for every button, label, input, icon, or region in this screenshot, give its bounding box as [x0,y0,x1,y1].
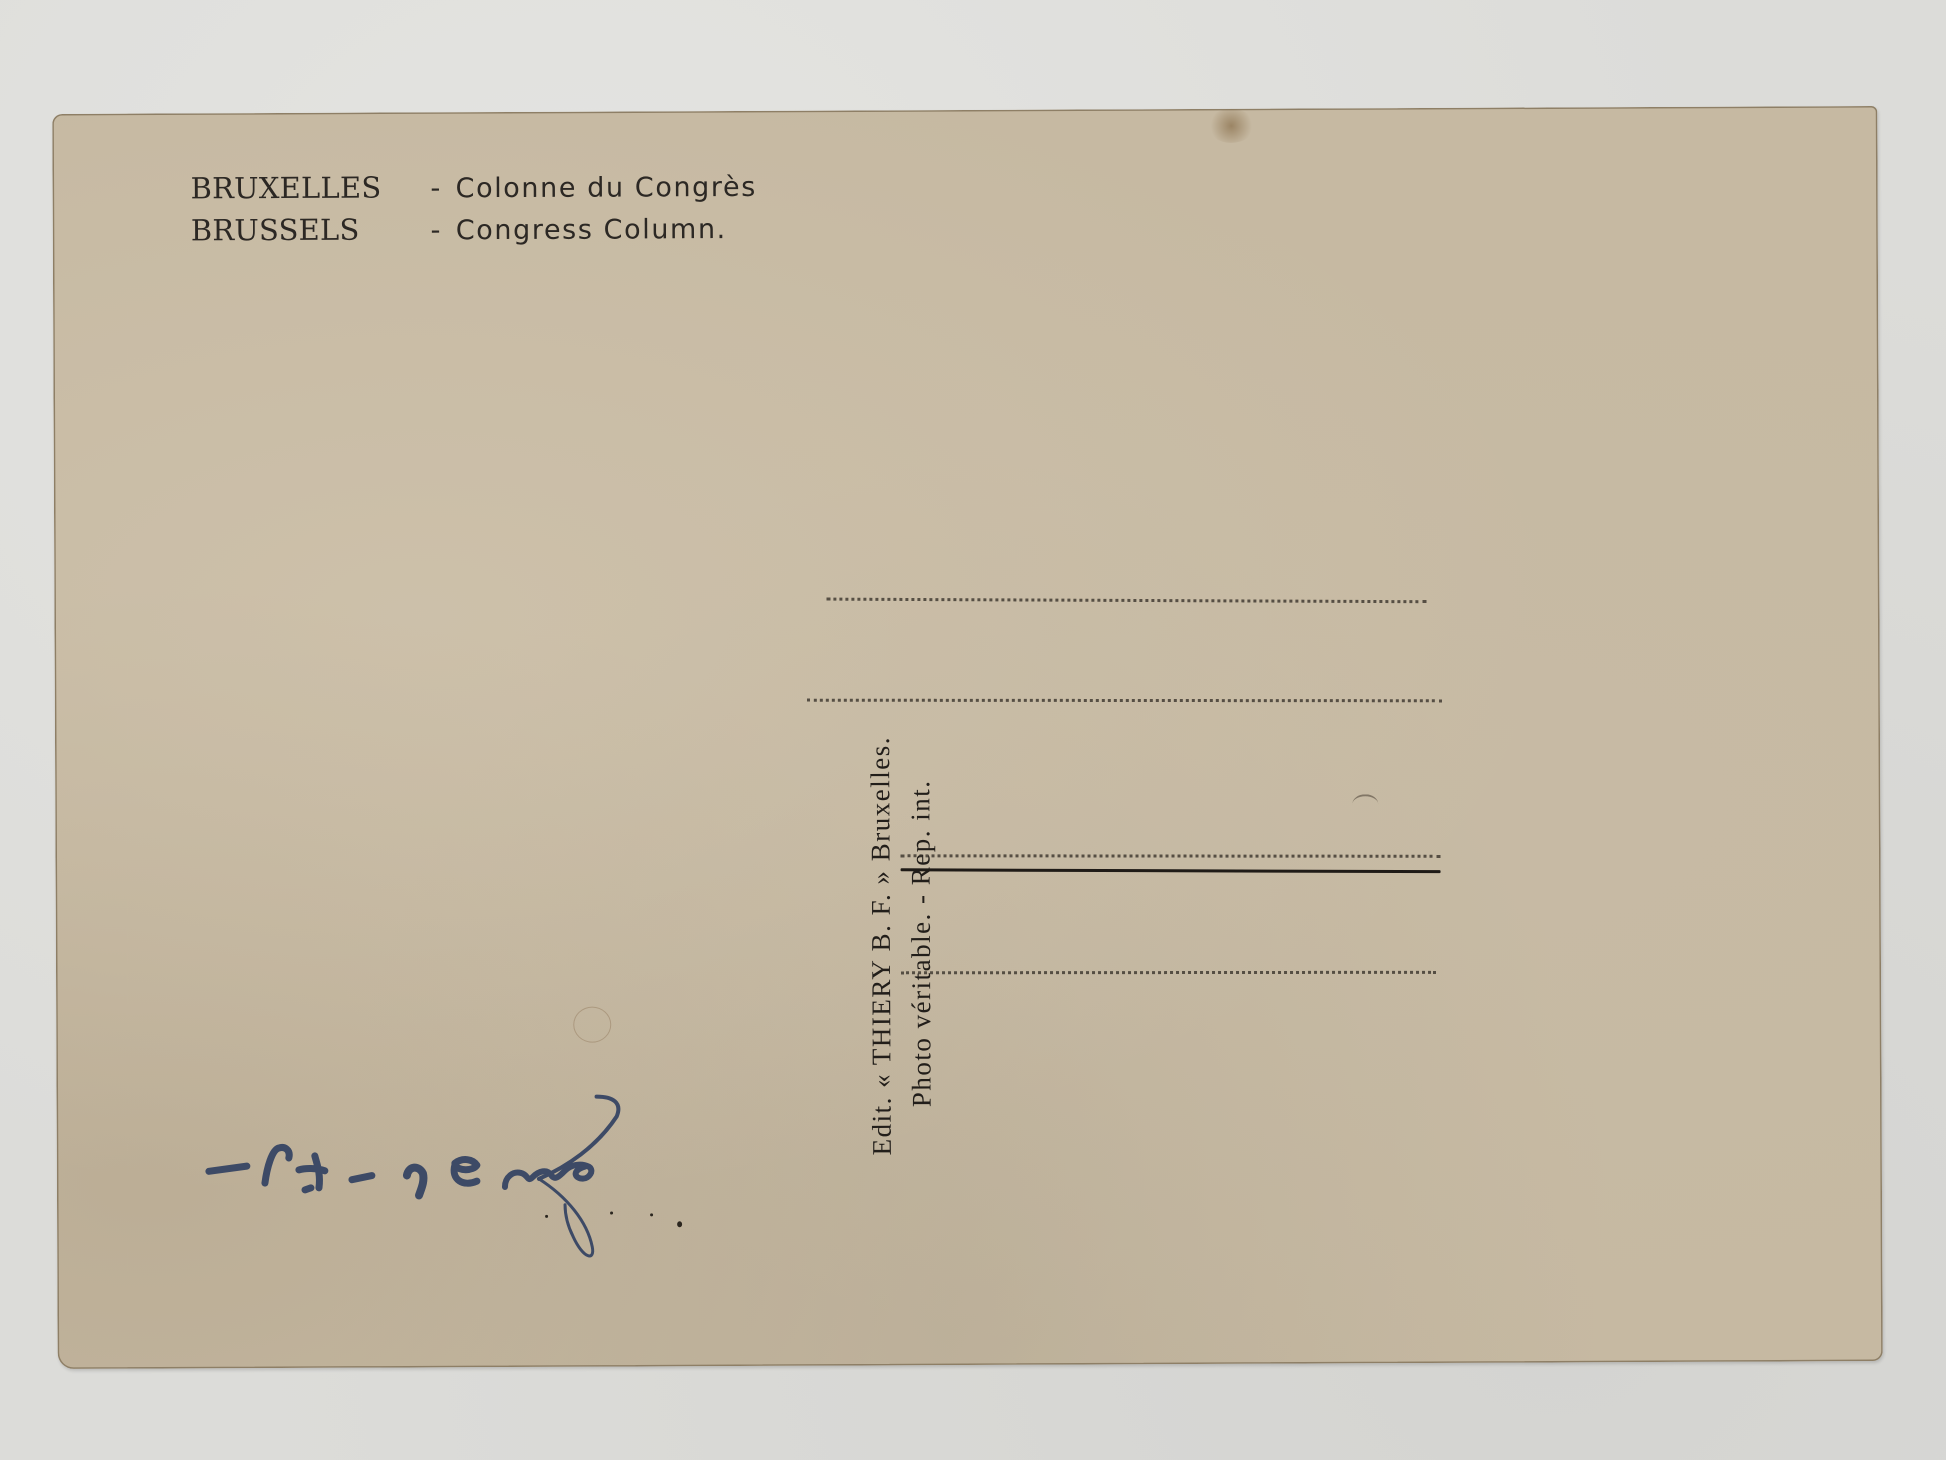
caption-title-english: Congress Column. [456,214,727,246]
stain-ring [573,1007,611,1043]
publisher-name: Edit. « THIERY B. F. » Bruxelles. [859,445,902,1155]
caption-city-french: BRUXELLES [191,167,416,208]
stain-top-right [1207,109,1255,143]
caption-city-english: BRUSSELS [191,209,416,250]
address-line-3 [901,854,1441,857]
address-underline-solid [901,868,1441,873]
caption-title-french: Colonne du Congrès [456,172,757,204]
ink-speck [545,1215,548,1218]
caption-line-english: BRUSSELS-Congress Column. [191,208,757,252]
address-line-2 [807,699,1442,703]
caption-line-french: BRUXELLES-Colonne du Congrès [191,166,757,210]
caption-separator: - [416,167,456,207]
caption-separator: - [416,209,456,249]
postcard-caption: BRUXELLES-Colonne du Congrès BRUSSELS-Co… [191,166,758,252]
publisher-rights: Photo véritable. - Rep. int. [899,445,942,1155]
ink-speck [677,1221,682,1227]
ink-speck [650,1213,653,1216]
stain-mark-right [1352,794,1378,814]
handwritten-date [187,1086,628,1268]
address-line-4 [901,971,1436,974]
ink-speck [610,1212,613,1215]
postcard-back: BRUXELLES-Colonne du Congrès BRUSSELS-Co… [52,106,1882,1369]
publisher-imprint: Edit. « THIERY B. F. » Bruxelles. Photo … [844,445,957,1155]
